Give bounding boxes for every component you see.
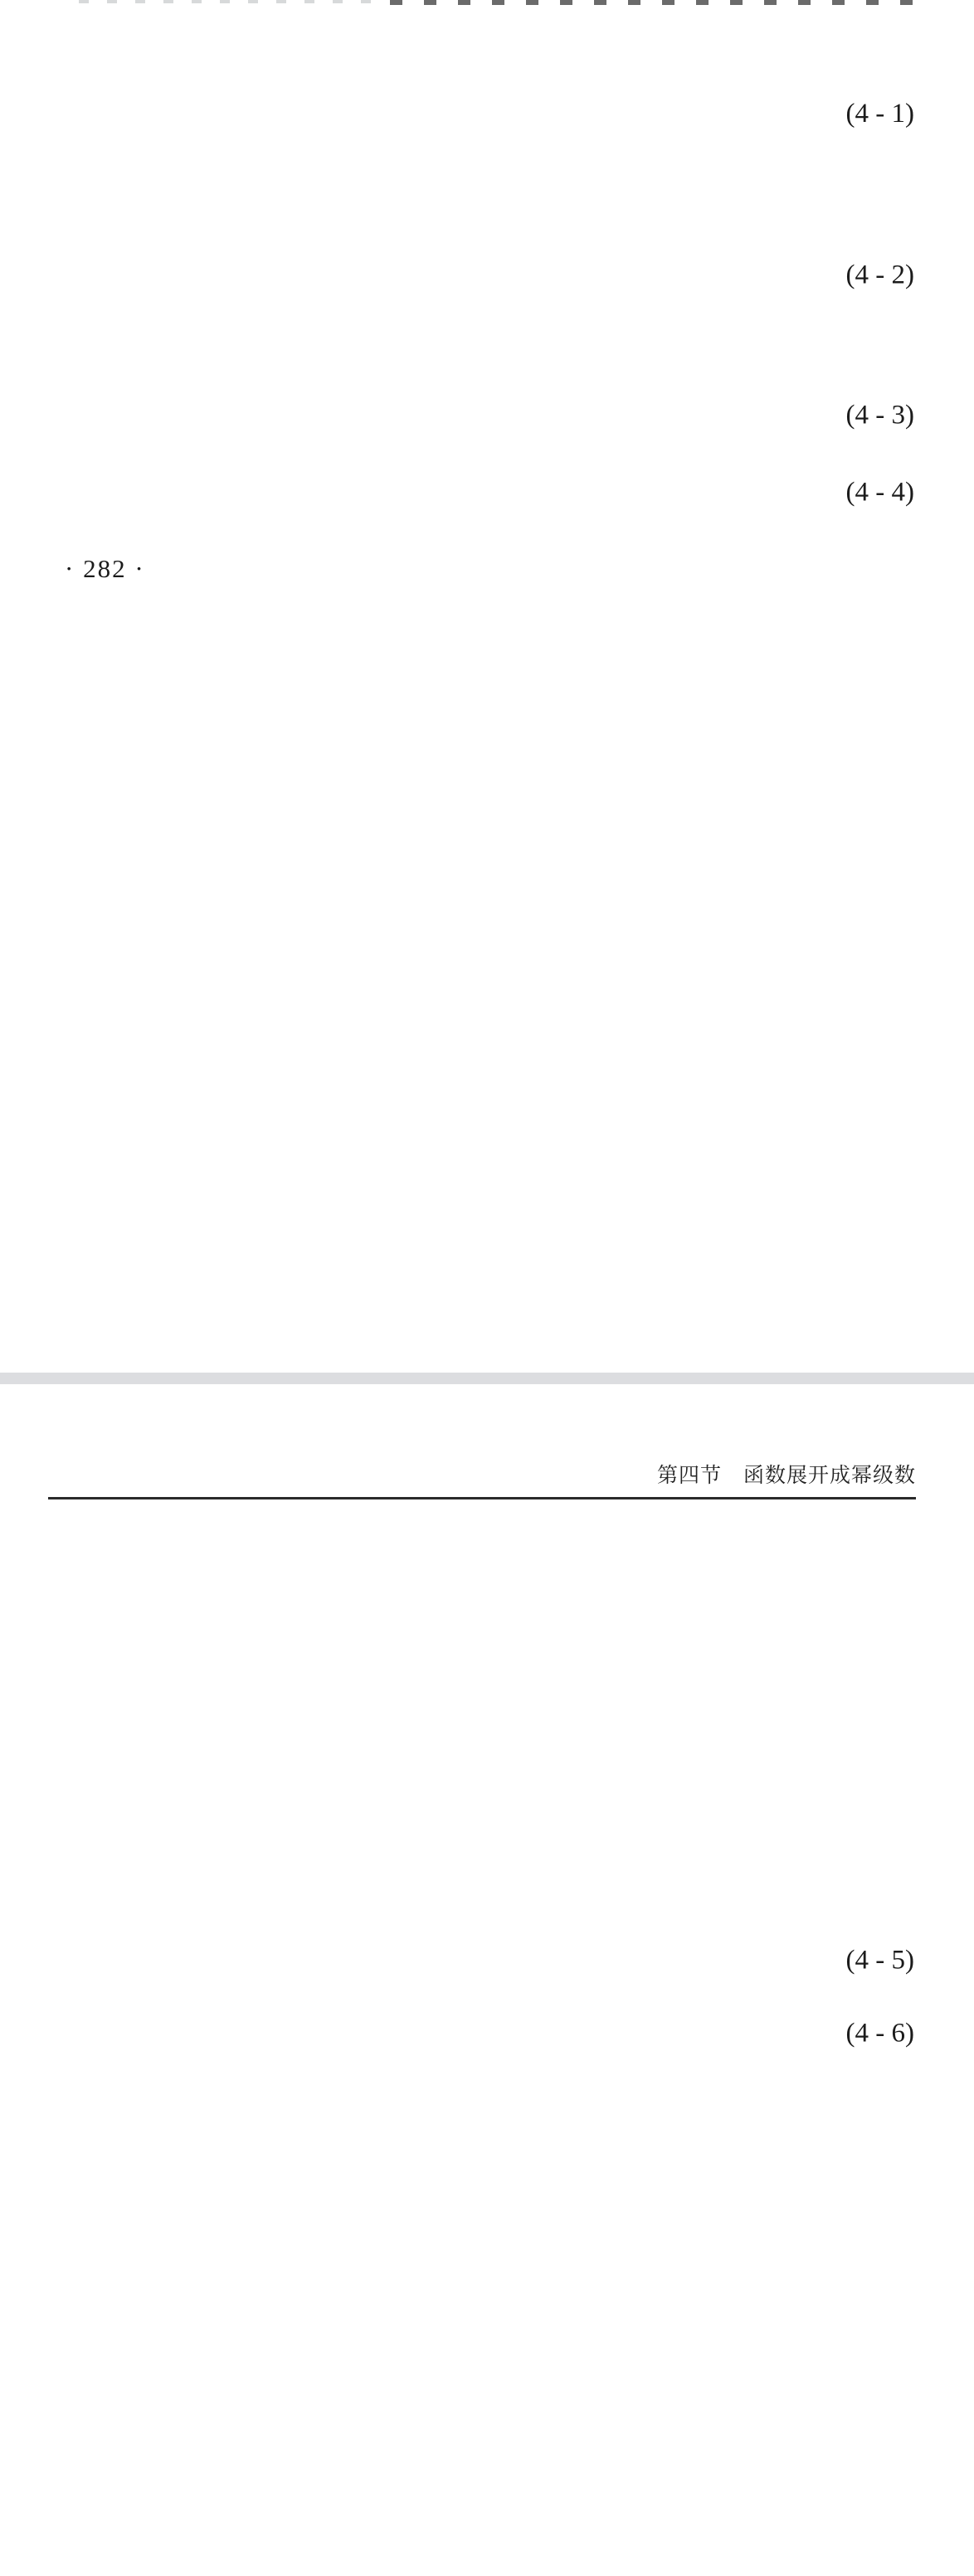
equivalence-row-3 xyxy=(48,1835,916,1879)
equation-4-5: (4 - 5) xyxy=(48,1924,916,1997)
page-282: (4 - 1) (4 - 2) (4 - 3) (4 - 4) · 282 · xyxy=(0,0,974,1373)
equation-4-3-line1 xyxy=(56,307,916,378)
equation-taylor-formula xyxy=(48,1576,916,1616)
equation-taylor-polynomial xyxy=(48,1616,916,1682)
equation-nth-derivative xyxy=(56,138,916,204)
equation-4-1-tag: (4 - 1) xyxy=(56,95,916,133)
equation-4-4-tag: (4 - 4) xyxy=(846,478,914,508)
cropped-previous-line-fragment xyxy=(390,0,929,5)
equivalence-row-4 xyxy=(48,1879,916,1924)
equation-4-5-tag: (4 - 5) xyxy=(846,1946,914,1976)
equation-4-4: (4 - 4) xyxy=(56,453,916,532)
scanned-textbook-spread: { "page1": { "p_intro": "前面讨论了幂级数的收敛域及其和… xyxy=(0,0,974,2576)
page-gap-separator xyxy=(0,1373,974,1384)
equation-4-6: (4 - 6) xyxy=(48,1997,916,2070)
equation-fn-x0 xyxy=(56,204,916,244)
equation-4-6-tag: (4 - 6) xyxy=(846,2019,914,2049)
equation-4-2: (4 - 2) xyxy=(56,244,916,307)
header-rule xyxy=(48,1497,916,1499)
page-number: · 282 · xyxy=(56,554,916,584)
equivalence-row-1 xyxy=(48,1720,916,1790)
equation-4-1 xyxy=(56,48,916,95)
equation-4-3-tag: (4 - 3) xyxy=(846,401,914,431)
equivalence-row-2 xyxy=(48,1790,916,1835)
cropped-previous-line-fragment-faint xyxy=(79,0,386,3)
equation-4-3: (4 - 3) xyxy=(56,378,916,453)
equation-remainder xyxy=(48,1682,916,1720)
equation-4-2-tag: (4 - 2) xyxy=(846,260,914,291)
page-283: 第四节 函数展开成幂级数 (4 - 5) (4 xyxy=(0,1384,974,2576)
equation-limit-rn xyxy=(48,1528,916,1576)
section-header: 第四节 函数展开成幂级数 xyxy=(48,1384,916,1489)
